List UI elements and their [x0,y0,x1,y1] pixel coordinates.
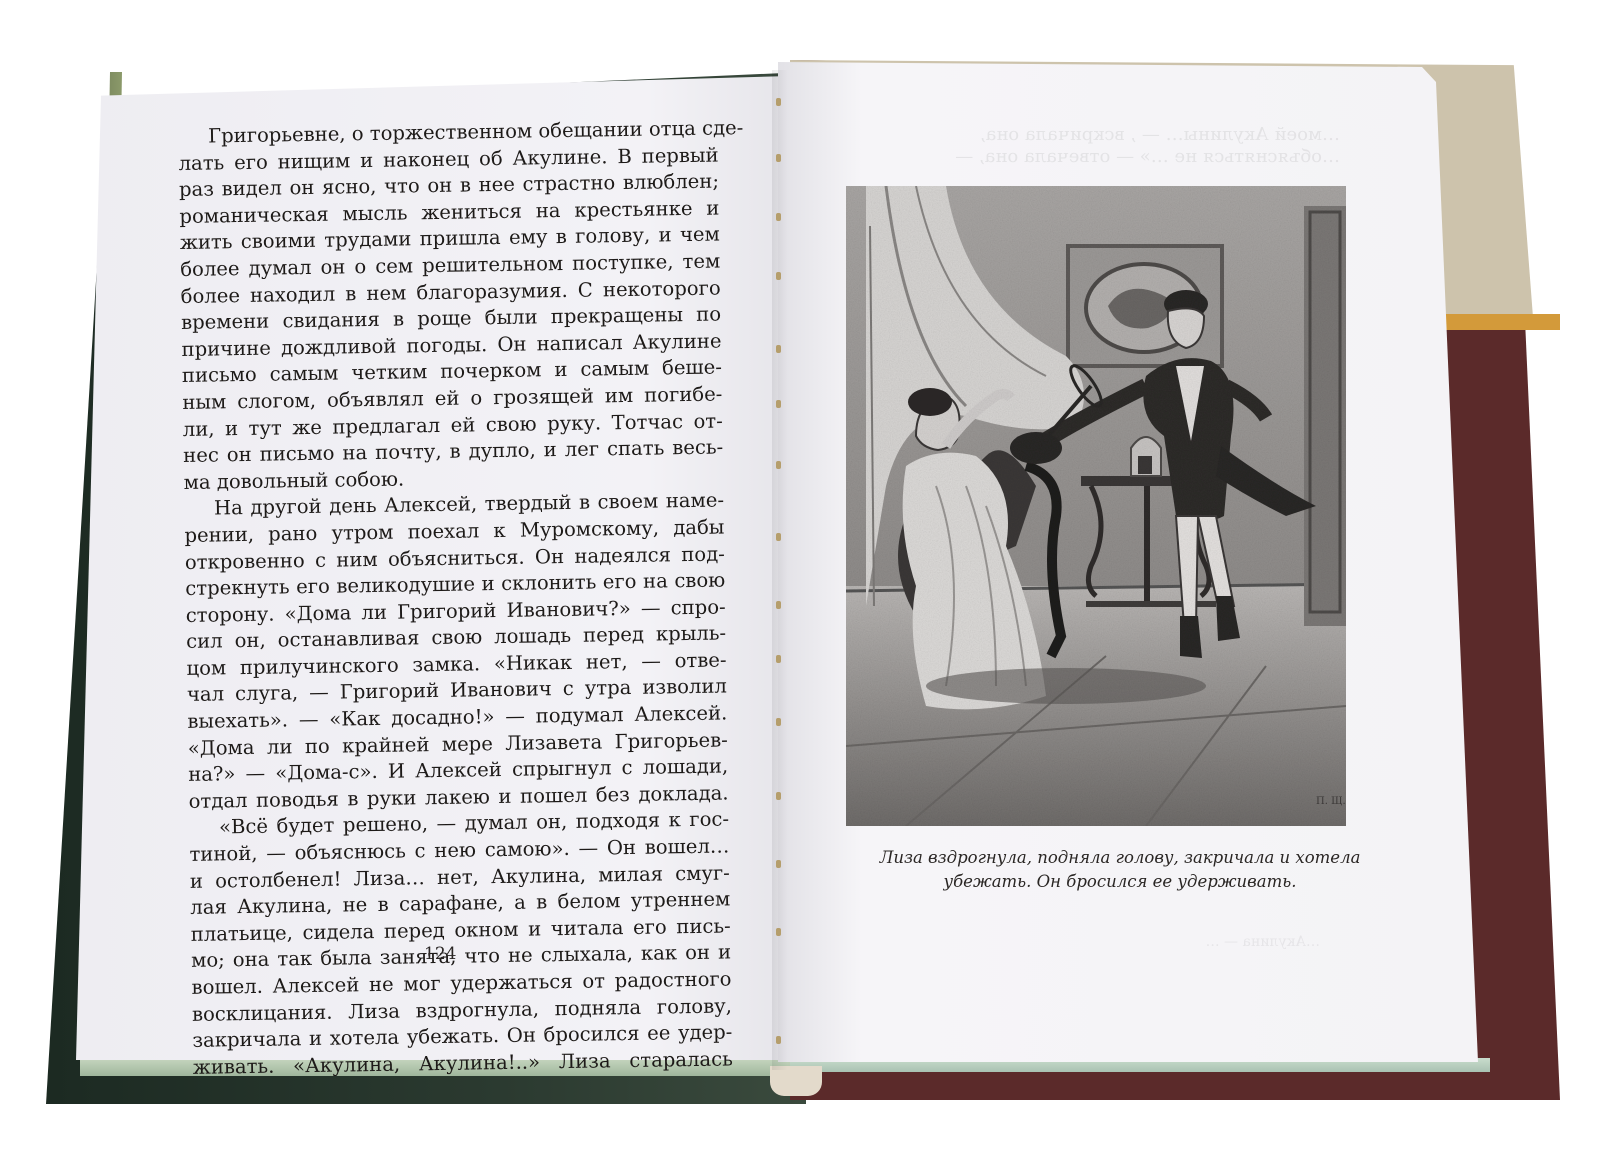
spine-headband [770,1066,822,1096]
binding-stitch [776,272,781,280]
illustration: П. Щ. 37 [846,186,1346,826]
binding-stitch [776,400,781,408]
binding-stitch [776,154,781,162]
binding-stitch [776,98,781,106]
show-through-line: …моей Акулины… — , вскричала она, [850,124,1340,146]
show-through-line: …объясняться не …» — отвечала она, — [850,146,1340,168]
binding-stitch [776,718,781,726]
binding-stitch [776,213,781,221]
open-book: Григорьевне, о торжественном обещании от… [0,0,1600,1160]
caption-line: Лиза вздрогнула, подняла голову, закрича… [860,846,1380,870]
binding-stitch [776,860,781,868]
body-text: Григорьевне, о торжественном обещании от… [178,116,733,1082]
page-number: 124 [424,944,456,964]
binding-stitch [776,533,781,541]
caption-line: убежать. Он бросился ее удерживать. [860,870,1380,894]
right-cover-gold-band [1430,314,1560,330]
show-through-text: …моей Акулины… — , вскричала она, …объяс… [850,124,1340,168]
binding-stitch [776,928,781,936]
binding-stitch [776,461,781,469]
binding-stitch [776,345,781,353]
binding-stitch [776,655,781,663]
show-through-text-bottom: …Акулина — … [920,934,1320,950]
binding-stitch [776,1036,781,1044]
illustration-caption: Лиза вздрогнула, подняла голову, закрича… [860,846,1380,894]
artist-signature: П. Щ. 37 [1316,796,1346,807]
binding-stitch [776,601,781,609]
binding-stitch [776,792,781,800]
